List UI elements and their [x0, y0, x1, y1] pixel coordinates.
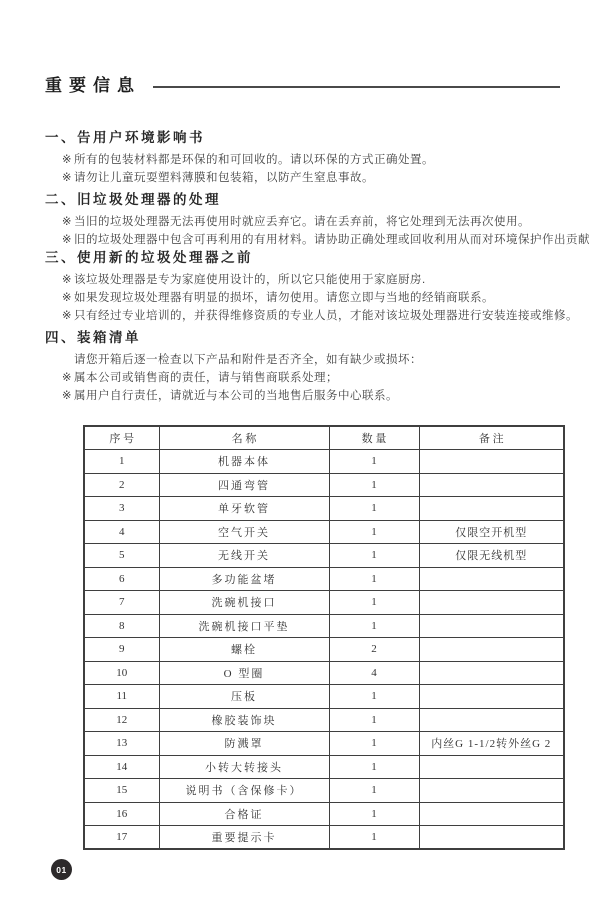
table-row: 7 洗碗机接口 1: [84, 591, 564, 615]
table-row: 13 防溅罩 1 内丝G 1-1/2转外丝G 2: [84, 732, 564, 756]
bullet-text: 该垃圾处理器是专为家庭使用设计的，所以它只能使用于家庭厨房.: [74, 271, 577, 289]
header-remark: 备 注: [419, 426, 564, 450]
cell-remark: [419, 661, 564, 685]
header-name: 名 称: [159, 426, 329, 450]
cell-remark: [419, 614, 564, 638]
bullet-item: ※ 该垃圾处理器是专为家庭使用设计的，所以它只能使用于家庭厨房.: [45, 271, 577, 289]
table-row: 1 机器本体 1: [84, 450, 564, 474]
table-row: 16 合格证 1: [84, 802, 564, 826]
cell-serial: 12: [84, 708, 159, 732]
table-row: 12 橡胶装饰块 1: [84, 708, 564, 732]
table-row: 8 洗碗机接口平垫 1: [84, 614, 564, 638]
cell-name: 空气开关: [159, 520, 329, 544]
cell-name: 重要提示卡: [159, 826, 329, 850]
reference-mark-icon: ※: [60, 387, 74, 405]
bullet-item: ※ 所有的包装材料都是环保的和可回收的。请以环保的方式正确处置。: [45, 151, 577, 169]
table-header-row: 序 号 名 称 数 量 备 注: [84, 426, 564, 450]
cell-serial: 1: [84, 450, 159, 474]
cell-remark: [419, 473, 564, 497]
table-row: 14 小转大转接头 1: [84, 755, 564, 779]
cell-serial: 17: [84, 826, 159, 850]
reference-mark-icon: ※: [60, 271, 74, 289]
cell-serial: 3: [84, 497, 159, 521]
section-heading: 三、使用新的垃圾处理器之前: [45, 251, 577, 265]
section-old-disposer: 二、旧垃圾处理器的处理 ※ 当旧的垃圾处理器无法再使用时就应丢弃它。请在丢弃前，…: [45, 193, 577, 249]
cell-quantity: 1: [329, 755, 419, 779]
page-title: 重要信息: [45, 76, 141, 96]
title-rule-line: [153, 86, 560, 88]
cell-name: 压板: [159, 685, 329, 709]
cell-remark: [419, 755, 564, 779]
cell-quantity: 1: [329, 473, 419, 497]
cell-remark: 内丝G 1-1/2转外丝G 2: [419, 732, 564, 756]
reference-mark-icon: ※: [60, 231, 74, 249]
cell-name: 洗碗机接口: [159, 591, 329, 615]
cell-name: 螺栓: [159, 638, 329, 662]
bullet-text: 当旧的垃圾处理器无法再使用时就应丢弃它。请在丢弃前，将它处理到无法再次使用。: [74, 213, 577, 231]
section-before-use: 三、使用新的垃圾处理器之前 ※ 该垃圾处理器是专为家庭使用设计的，所以它只能使用…: [45, 251, 577, 325]
cell-remark: [419, 497, 564, 521]
cell-serial: 7: [84, 591, 159, 615]
cell-serial: 10: [84, 661, 159, 685]
cell-serial: 6: [84, 567, 159, 591]
table-row: 17 重要提示卡 1: [84, 826, 564, 850]
reference-mark-icon: ※: [60, 151, 74, 169]
cell-serial: 11: [84, 685, 159, 709]
table-row: 9 螺栓 2: [84, 638, 564, 662]
cell-quantity: 4: [329, 661, 419, 685]
cell-name: 小转大转接头: [159, 755, 329, 779]
cell-quantity: 1: [329, 497, 419, 521]
table-row: 2 四通弯管 1: [84, 473, 564, 497]
header-quantity: 数 量: [329, 426, 419, 450]
cell-name: O 型圈: [159, 661, 329, 685]
cell-name: 防溅罩: [159, 732, 329, 756]
cell-quantity: 2: [329, 638, 419, 662]
table-row: 5 无线开关 1 仅限无线机型: [84, 544, 564, 568]
cell-quantity: 1: [329, 614, 419, 638]
cell-serial: 9: [84, 638, 159, 662]
cell-quantity: 1: [329, 732, 419, 756]
bullet-item: ※ 旧的垃圾处理器中包含可再利用的有用材料。请协助正确处理或回收利用从而对环境保…: [45, 231, 577, 249]
table-row: 4 空气开关 1 仅限空开机型: [84, 520, 564, 544]
reference-mark-icon: ※: [60, 369, 74, 387]
cell-quantity: 1: [329, 779, 419, 803]
table-row: 11 压板 1: [84, 685, 564, 709]
cell-name: 无线开关: [159, 544, 329, 568]
cell-remark: [419, 567, 564, 591]
section-environment-notice: 一、告用户环境影响书 ※ 所有的包装材料都是环保的和可回收的。请以环保的方式正确…: [45, 131, 577, 187]
cell-serial: 8: [84, 614, 159, 638]
cell-name: 橡胶装饰块: [159, 708, 329, 732]
packing-list-table: 序 号 名 称 数 量 备 注 1 机器本体 1 2 四通弯管 1 3 单牙软管: [83, 425, 565, 850]
bullet-item: ※ 属本公司或销售商的责任，请与销售商联系处理；: [45, 369, 577, 387]
cell-quantity: 1: [329, 685, 419, 709]
cell-remark: [419, 591, 564, 615]
bullet-text: 如果发现垃圾处理器有明显的损坏，请勿使用。请您立即与当地的经销商联系。: [74, 289, 577, 307]
cell-serial: 13: [84, 732, 159, 756]
cell-remark: [419, 638, 564, 662]
cell-remark: [419, 779, 564, 803]
reference-mark-icon: ※: [60, 307, 74, 325]
bullet-item: ※ 如果发现垃圾处理器有明显的损坏，请勿使用。请您立即与当地的经销商联系。: [45, 289, 577, 307]
bullet-text: 属用户自行责任，请就近与本公司的当地售后服务中心联系。: [74, 387, 577, 405]
reference-mark-icon: ※: [60, 289, 74, 307]
cell-serial: 16: [84, 802, 159, 826]
cell-serial: 4: [84, 520, 159, 544]
page-number-badge: 01: [51, 859, 72, 880]
table-row: 10 O 型圈 4: [84, 661, 564, 685]
cell-name: 单牙软管: [159, 497, 329, 521]
cell-quantity: 1: [329, 826, 419, 850]
table-row: 3 单牙软管 1: [84, 497, 564, 521]
bullet-text: 所有的包装材料都是环保的和可回收的。请以环保的方式正确处置。: [74, 151, 577, 169]
bullet-item: ※ 请勿让儿童玩耍塑料薄膜和包装箱，以防产生窒息事故。: [45, 169, 577, 187]
table-row: 6 多功能盆堵 1: [84, 567, 564, 591]
bullet-text: 属本公司或销售商的责任，请与销售商联系处理；: [74, 369, 577, 387]
cell-serial: 5: [84, 544, 159, 568]
section-heading: 一、告用户环境影响书: [45, 131, 577, 145]
reference-mark-icon: ※: [60, 213, 74, 231]
intro-line: 请您开箱后逐一检查以下产品和附件是否齐全，如有缺少或损坏：: [45, 351, 577, 369]
cell-remark: [419, 802, 564, 826]
cell-quantity: 1: [329, 591, 419, 615]
intro-text: 请您开箱后逐一检查以下产品和附件是否齐全，如有缺少或损坏：: [74, 351, 577, 369]
bullet-text: 请勿让儿童玩耍塑料薄膜和包装箱，以防产生窒息事故。: [74, 169, 577, 187]
cell-quantity: 1: [329, 450, 419, 474]
bullet-text: 旧的垃圾处理器中包含可再利用的有用材料。请协助正确处理或回收利用从而对环境保护作…: [74, 231, 589, 249]
cell-remark: [419, 826, 564, 850]
reference-mark-icon: ※: [60, 169, 74, 187]
cell-name: 洗碗机接口平垫: [159, 614, 329, 638]
cell-name: 机器本体: [159, 450, 329, 474]
cell-quantity: 1: [329, 567, 419, 591]
section-heading: 四、装箱清单: [45, 331, 577, 345]
cell-remark: 仅限无线机型: [419, 544, 564, 568]
bullet-text: 只有经过专业培训的，并获得维修资质的专业人员，才能对该垃圾处理器进行安装连接或维…: [74, 307, 578, 325]
cell-name: 合格证: [159, 802, 329, 826]
cell-serial: 2: [84, 473, 159, 497]
section-heading: 二、旧垃圾处理器的处理: [45, 193, 577, 207]
cell-serial: 14: [84, 755, 159, 779]
table-row: 15 说明书（含保修卡） 1: [84, 779, 564, 803]
bullet-item: ※ 属用户自行责任，请就近与本公司的当地售后服务中心联系。: [45, 387, 577, 405]
cell-remark: [419, 708, 564, 732]
cell-name: 多功能盆堵: [159, 567, 329, 591]
cell-serial: 15: [84, 779, 159, 803]
section-packing-list: 四、装箱清单 请您开箱后逐一检查以下产品和附件是否齐全，如有缺少或损坏： ※ 属…: [45, 331, 577, 405]
cell-name: 说明书（含保修卡）: [159, 779, 329, 803]
cell-remark: 仅限空开机型: [419, 520, 564, 544]
cell-quantity: 1: [329, 708, 419, 732]
cell-remark: [419, 450, 564, 474]
header-serial: 序 号: [84, 426, 159, 450]
page-header: 重要信息: [45, 76, 560, 96]
cell-quantity: 1: [329, 544, 419, 568]
cell-remark: [419, 685, 564, 709]
cell-name: 四通弯管: [159, 473, 329, 497]
document-page: 重要信息 一、告用户环境影响书 ※ 所有的包装材料都是环保的和可回收的。请以环保…: [0, 0, 589, 910]
cell-quantity: 1: [329, 520, 419, 544]
bullet-item: ※ 只有经过专业培训的，并获得维修资质的专业人员，才能对该垃圾处理器进行安装连接…: [45, 307, 577, 325]
bullet-item: ※ 当旧的垃圾处理器无法再使用时就应丢弃它。请在丢弃前，将它处理到无法再次使用。: [45, 213, 577, 231]
cell-quantity: 1: [329, 802, 419, 826]
